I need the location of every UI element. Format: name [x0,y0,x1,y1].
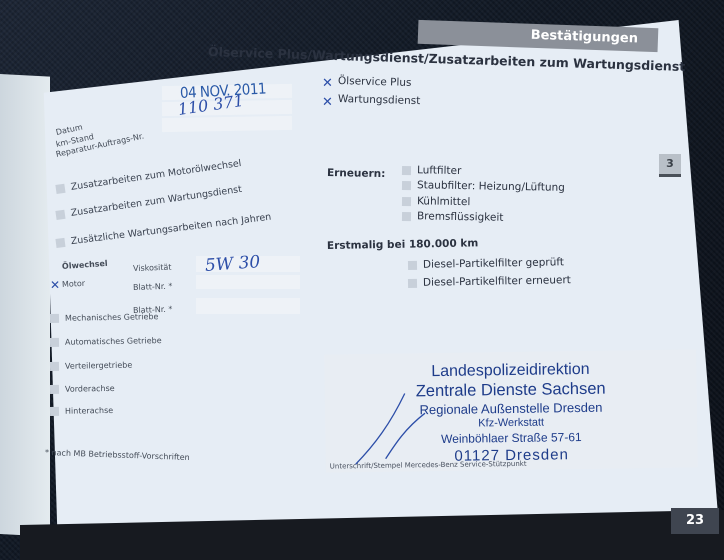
renew-dust-filter: Staubfilter: Heizung/Lüftung [402,179,565,194]
checkbox[interactable] [402,166,411,175]
section-tab: Bestätigungen [418,20,659,52]
footnote: * nach MB Betriebsstoff-Vorschriften [45,448,190,462]
service-wartungsdienst: Wartungsdienst [338,93,421,107]
dpf-renewed: Diesel-Partikelfilter erneuert [408,274,571,289]
additional-work-years: Zusätzliche Wartungsarbeiten nach Jahren [55,212,272,249]
checkbox[interactable] [55,238,65,248]
cross-mark-icon: ✕ [322,95,333,110]
oil-change-heading: Ölwechsel [62,259,108,271]
checkbox[interactable] [50,407,59,416]
cross-mark-icon: ✕ [322,76,333,91]
cross-mark-icon: ✕ [50,278,60,292]
checkbox[interactable] [402,181,411,190]
checkbox[interactable] [408,260,417,269]
checkbox[interactable] [50,362,59,371]
viscosity-handwritten: 5W 30 [204,252,261,276]
checkbox[interactable] [402,212,411,221]
stamp-area: Landespolizeidirektion Zentrale Dienste … [324,349,698,472]
oil-item-front-axle: Vorderachse [50,384,115,394]
sheet-number-field-2 [196,298,300,314]
sheet-number-field [196,275,300,289]
checkbox[interactable] [402,197,411,206]
checkbox[interactable] [50,338,59,347]
renew-heading: Erneuern: [327,167,386,180]
oil-item-auto-gearbox: Automatisches Getriebe [50,336,162,347]
checkbox[interactable] [55,210,65,220]
renew-brake-fluid: Bremsflüssigkeit [402,210,504,224]
oil-item-transfer-case: Verteilergetriebe [50,361,132,371]
renew-coolant: Kühlmittel [402,195,471,208]
viscosity-label: Viskosität [133,263,172,273]
first-at-heading: Erstmalig bei 180.000 km [327,237,478,252]
oil-item-rear-axle: Hinterachse [50,406,113,416]
renew-air-filter: Luftfilter [402,164,462,177]
oil-motor-label: Motor [62,279,86,289]
dpf-checked: Diesel-Partikelfilter geprüft [408,256,564,271]
oil-item-mech-gearbox: Mechanisches Getriebe [50,312,159,323]
signature-icon [345,383,436,469]
page-number: 23 [671,508,719,534]
service-olservice-plus: Ölservice Plus [338,75,412,89]
checkbox[interactable] [408,278,417,287]
checkbox[interactable] [50,385,59,394]
checkbox[interactable] [50,314,59,323]
sheet-number-label: Blatt-Nr. * [133,282,173,292]
chapter-tab: 3 [659,154,681,177]
checkbox[interactable] [55,184,65,194]
